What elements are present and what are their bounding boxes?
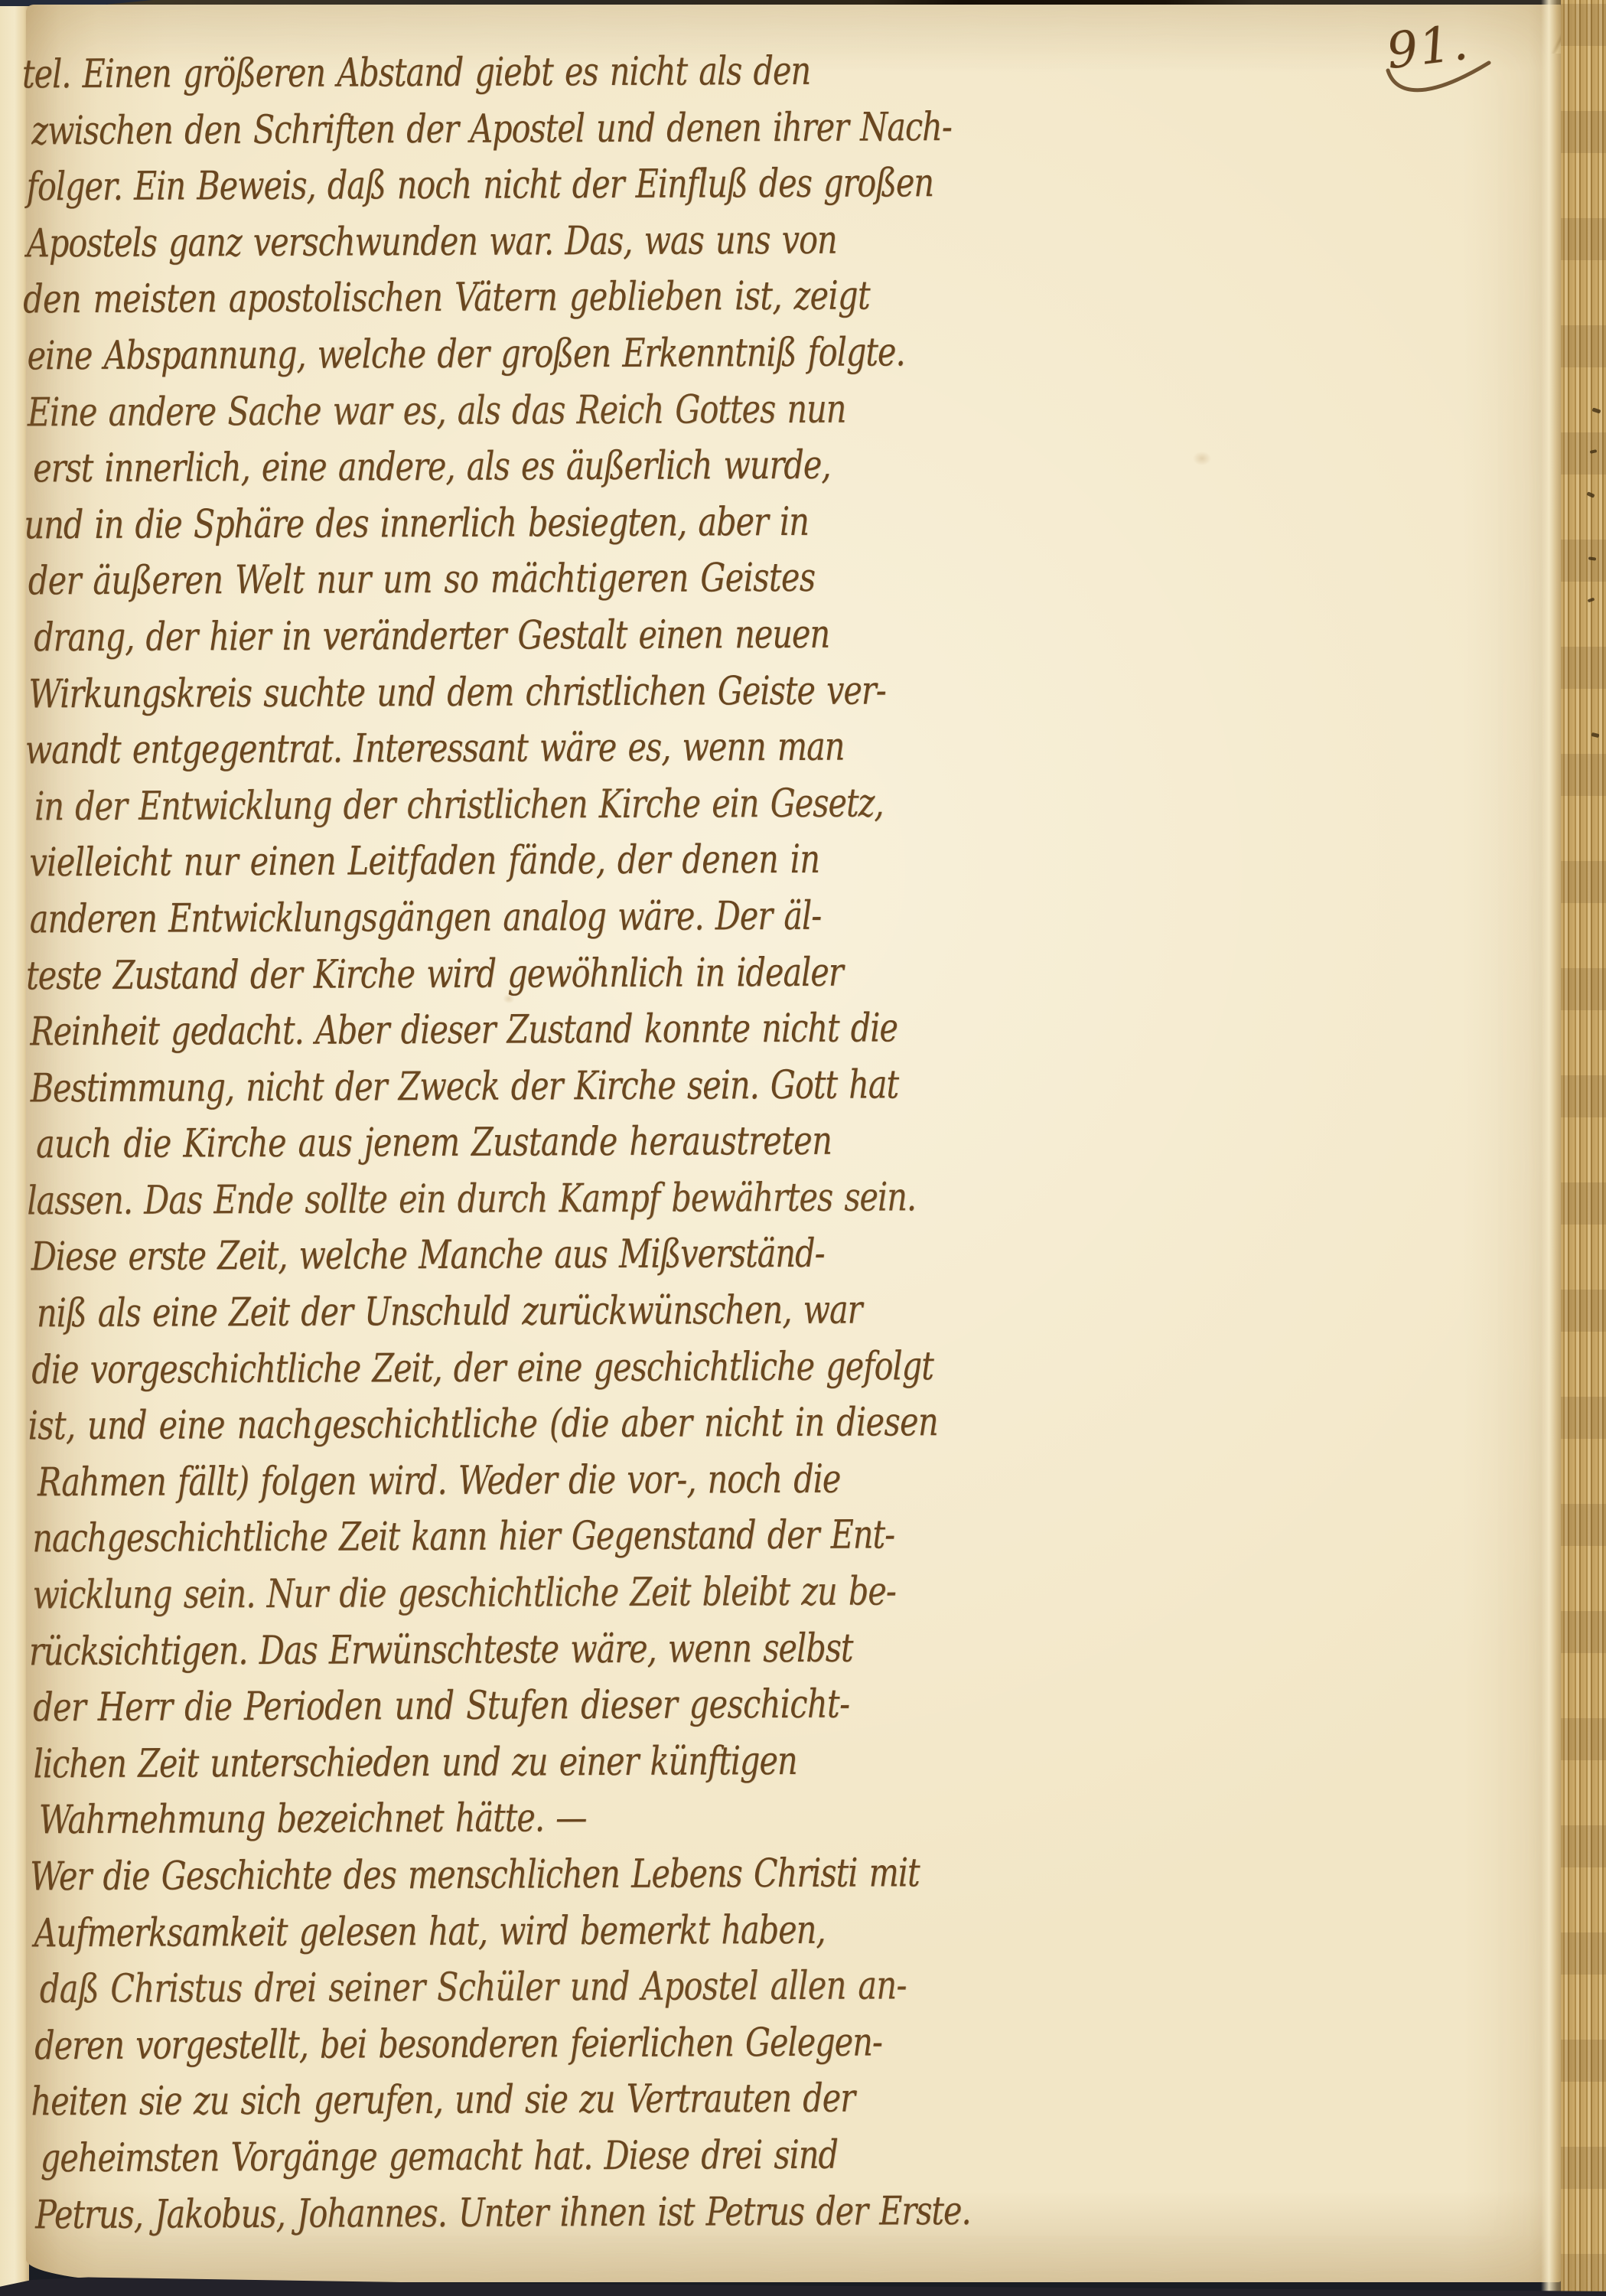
- ink-speck: [1588, 556, 1596, 560]
- manuscript-text: tel. Einen größeren Abstand giebt es nic…: [26, 43, 916, 2243]
- manuscript-scan: 91. tel. Einen größeren Abstand giebt es…: [0, 0, 1606, 2296]
- underlying-page-edge: [0, 6, 29, 2287]
- page-number-block: 91.: [1386, 20, 1516, 104]
- ink-speck: [1588, 598, 1595, 603]
- ink-speck: [1586, 491, 1595, 498]
- page-number-flourish: [1382, 57, 1497, 103]
- ink-speck: [1590, 449, 1598, 454]
- manuscript-line: Petrus, Jakobus, Johannes. Unter ihnen i…: [35, 2180, 915, 2246]
- ink-speck: [1591, 732, 1600, 738]
- foxing-stain: [1189, 448, 1215, 468]
- book-fore-edge: [1561, 0, 1606, 2296]
- ink-speck: [1591, 407, 1601, 413]
